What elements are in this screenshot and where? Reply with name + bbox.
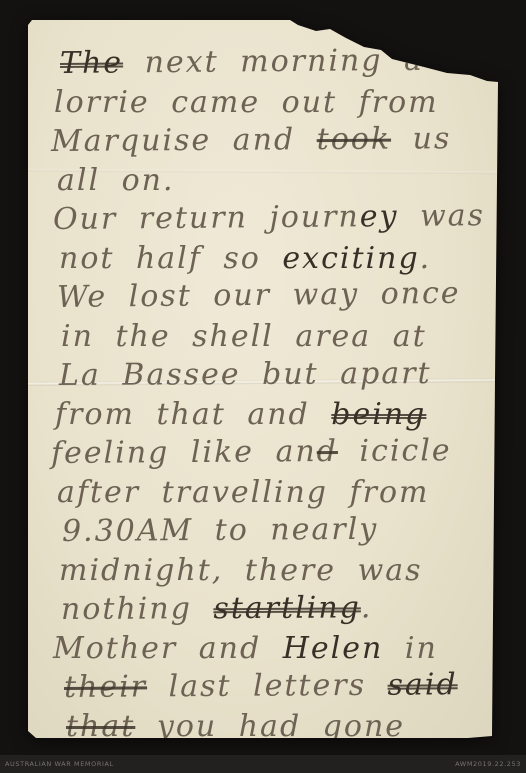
letter-text-segment: The	[60, 45, 123, 81]
letter-line: We lost our way once	[57, 273, 490, 317]
letter-paper: The next morning alorrie came out fromMa…	[28, 20, 498, 738]
letter-text-segment: said	[387, 667, 457, 702]
letter-text-segment: startling	[213, 590, 361, 626]
letter-text-segment: being	[331, 397, 426, 432]
letter-text-segment: you had gone	[135, 709, 405, 738]
letter-page: The next morning alorrie came out fromMa…	[28, 20, 498, 738]
letter-text-segment: from that and	[55, 397, 331, 432]
letter-line: Marquise and took us	[51, 119, 490, 161]
letter-line: nothing startling.	[61, 588, 490, 629]
letter-text-segment: in	[383, 631, 437, 666]
letter-line: from that and being	[55, 395, 490, 434]
letter-line: midnight, there was	[59, 551, 490, 590]
letter-text-segment: La Bassee but apart	[59, 356, 432, 393]
letter-line: The next morning a	[60, 40, 490, 83]
letter-text-segment: all on.	[57, 163, 175, 198]
letter-text-segment: ey	[360, 199, 399, 234]
letter-text-segment: .	[361, 590, 373, 625]
letter-line: all on.	[57, 161, 490, 200]
letter-line: 9.30AM to nearly	[62, 509, 490, 551]
letter-text-segment: nothing	[61, 591, 214, 627]
letter-text-segment: was	[398, 198, 485, 234]
letter-text-segment: Helen	[283, 631, 384, 666]
letter-line: in the shell area at	[61, 317, 490, 356]
letter-text-segment: midnight, there was	[59, 553, 423, 588]
letter-text-segment: We lost our way once	[57, 276, 461, 315]
letter-text-segment: icicle	[338, 433, 452, 469]
letter-text-segment: exciting	[282, 241, 419, 276]
catalog-strip: AUSTRALIAN WAR MEMORIAL AWM2019.22.253	[0, 755, 526, 773]
letter-line: Our return journey was	[53, 196, 490, 239]
letter-line: lorrie came out from	[54, 83, 490, 122]
letter-text-segment: next morning a	[123, 43, 424, 81]
letter-line: La Bassee but apart	[59, 354, 490, 395]
letter-line: their last letters said	[64, 665, 490, 707]
letter-text-segment: lorrie came out from	[54, 85, 439, 120]
letter-line: feeling like and icicle	[51, 431, 490, 473]
letter-text-segment: after travelling from	[57, 475, 429, 510]
letter-text-segment: 9.30AM to nearly	[62, 512, 378, 549]
scan-background: The next morning alorrie came out fromMa…	[0, 0, 526, 773]
letter-text-segment: that	[66, 709, 135, 738]
letter-text-segment: Marquise and	[51, 122, 317, 159]
letter-text-segment: not half so	[59, 241, 282, 276]
letter-text-segment: .	[420, 241, 432, 276]
archive-name-label: AUSTRALIAN WAR MEMORIAL	[5, 760, 114, 768]
letter-text-segment: us	[391, 121, 452, 156]
letter-text-segment: took	[317, 122, 392, 158]
letter-text-segment: last letters	[147, 668, 388, 705]
letter-line: after travelling from	[57, 473, 490, 512]
letter-text-segment: in the shell area at	[61, 319, 427, 354]
letter-line: Mother and Helen in	[53, 629, 490, 668]
letter-text-segment: Our return journ	[53, 199, 360, 237]
letter-text-segment: feeling like an	[51, 434, 317, 471]
letter-text-segment: Mother and	[53, 631, 283, 666]
letter-text-segment: their	[64, 669, 147, 705]
letter-lines: The next morning alorrie came out fromMa…	[50, 44, 490, 738]
letter-line: not half so exciting.	[59, 239, 490, 278]
letter-line: that you had gone	[66, 707, 490, 738]
catalog-number-label: AWM2019.22.253	[455, 760, 521, 768]
letter-text-segment: d	[317, 434, 338, 469]
